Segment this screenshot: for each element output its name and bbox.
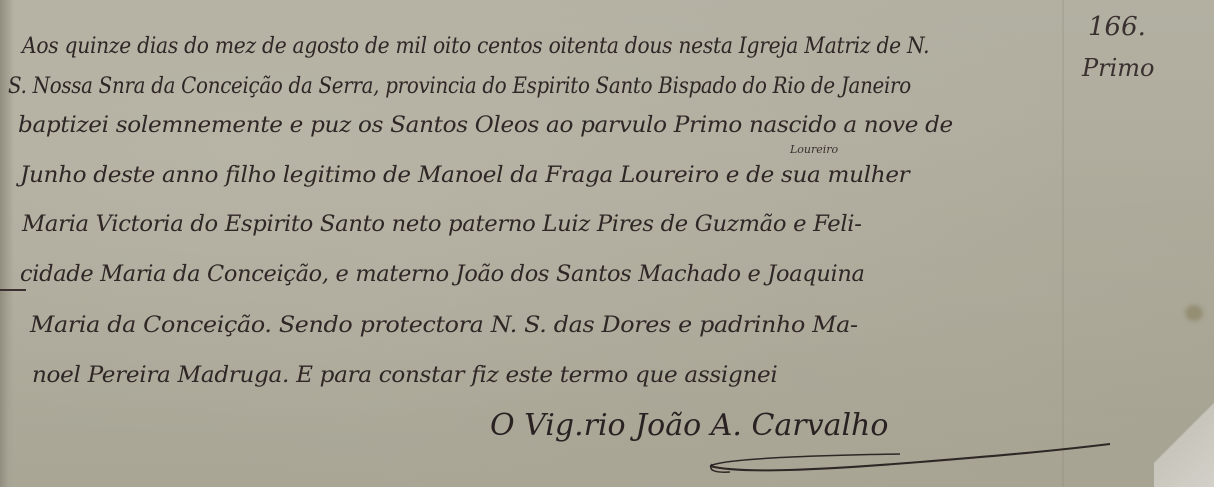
- margin-dash-mark: [0, 289, 26, 291]
- paper-corner-tear: [1154, 377, 1214, 487]
- record-number: 166.: [1088, 12, 1146, 42]
- interlinear-insertion: Loureiro: [790, 143, 838, 156]
- record-line-8: noel Pereira Madruga. E para constar fiz…: [32, 363, 777, 388]
- record-line-4: Junho deste anno filho legitimo de Manoe…: [20, 163, 909, 188]
- paper-stain: [1185, 305, 1203, 321]
- record-line-6: cidade Maria da Conceição, e materno Joã…: [20, 262, 865, 287]
- record-line-5: Maria Victoria do Espirito Santo neto pa…: [22, 212, 862, 237]
- manuscript-page: 166. Primo Aos quinze dias do mez de ago…: [0, 0, 1214, 487]
- margin-child-name: Primo: [1082, 54, 1155, 82]
- priest-signature: O Vig.rio João A. Carvalho: [490, 408, 888, 443]
- record-line-7: Maria da Conceição. Sendo protectora N. …: [30, 313, 858, 338]
- paper-fold-line: [1062, 0, 1064, 487]
- record-line-3: baptizei solemnemente e puz os Santos Ol…: [18, 113, 953, 138]
- record-line-2: S. Nossa Snra da Conceição da Serra, pro…: [8, 74, 911, 99]
- signature-flourish: [700, 440, 1120, 476]
- record-line-1: Aos quinze dias do mez de agosto de mil …: [22, 34, 929, 59]
